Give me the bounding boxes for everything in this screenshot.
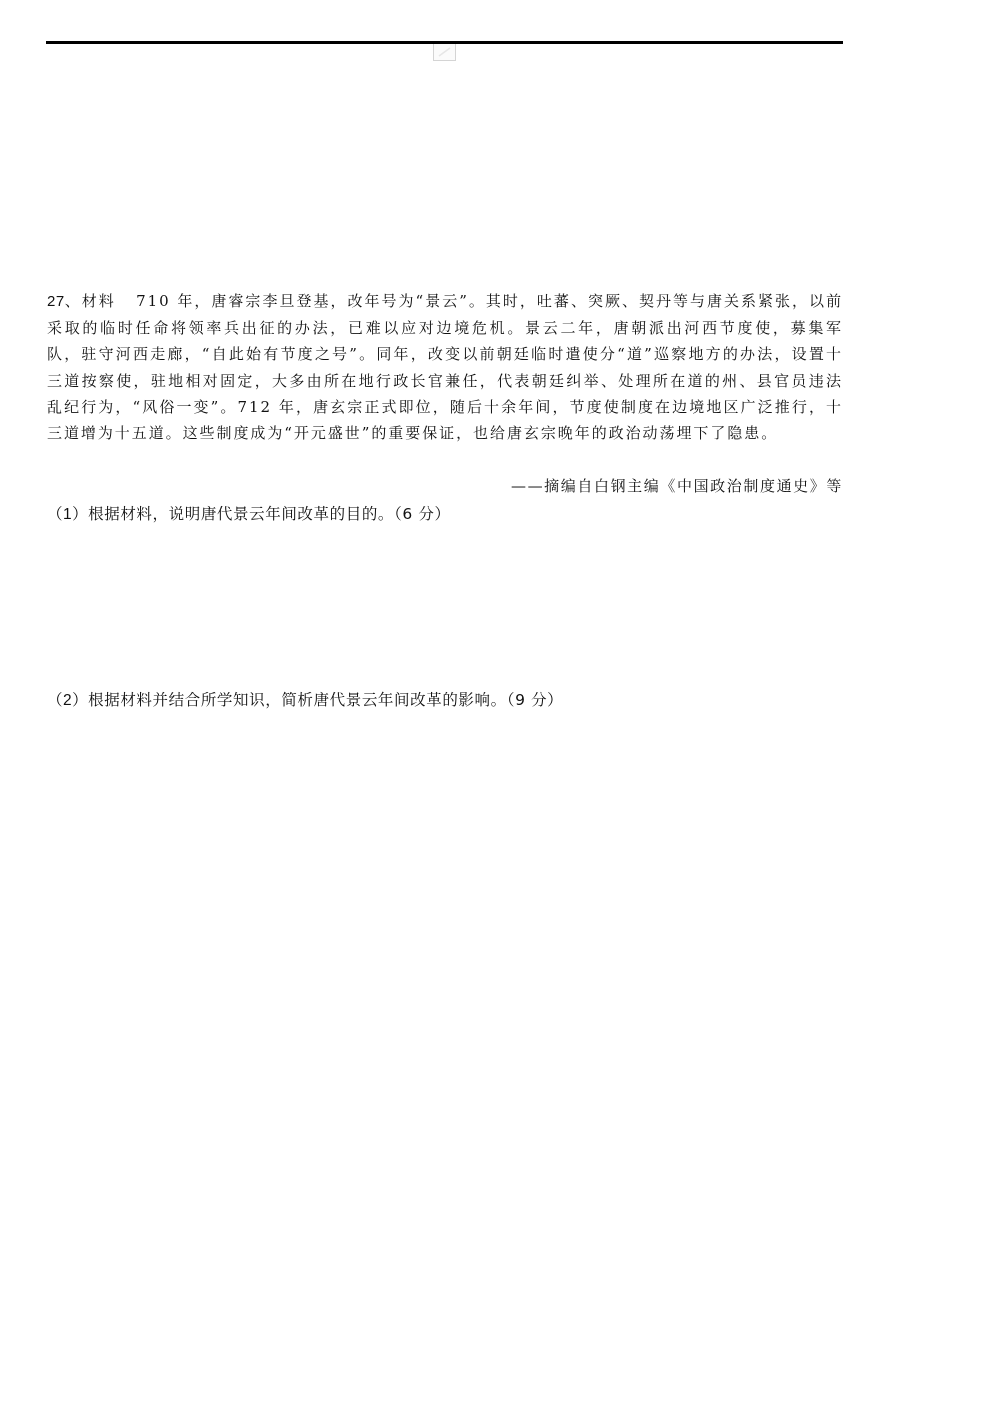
question-27: 27、材料 710 年，唐睿宗李旦登基，改年号为“景云”。其时，吐蕃、突厥、契丹… xyxy=(47,288,843,446)
sub-question-1-text: 根据材料，说明唐代景云年间改革的目的。 xyxy=(88,505,394,523)
question-separator: 、 xyxy=(65,292,82,310)
sub-question-2-text: 根据材料并结合所学知识，简析唐代景云年间改革的影响。 xyxy=(88,691,507,709)
sub-question-1: （1）根据材料，说明唐代景云年间改革的目的。（6 分） xyxy=(47,502,451,527)
material-text: 710 年，唐睿宗李旦登基，改年号为“景云”。其时，吐蕃、突厥、契丹等与唐关系紧… xyxy=(47,292,843,442)
sub-question-1-points: （6 分） xyxy=(394,505,451,523)
image-placeholder-icon xyxy=(433,44,456,61)
sub-question-1-label: （1） xyxy=(47,506,88,523)
sub-question-2-points: （9 分） xyxy=(507,691,564,709)
question-number: 27 xyxy=(47,293,65,310)
answer-area-2[interactable] xyxy=(47,716,843,1356)
material-paragraph: 27、材料 710 年，唐睿宗李旦登基，改年号为“景云”。其时，吐蕃、突厥、契丹… xyxy=(47,288,843,446)
sub-question-2-label: （2） xyxy=(47,692,88,709)
material-source: ——摘编自白钢主编《中国政治制度通史》等 xyxy=(511,474,843,498)
answer-area-1[interactable] xyxy=(47,530,843,680)
sub-question-2: （2）根据材料并结合所学知识，简析唐代景云年间改革的影响。（9 分） xyxy=(47,688,563,713)
material-label: 材料 xyxy=(82,292,116,310)
